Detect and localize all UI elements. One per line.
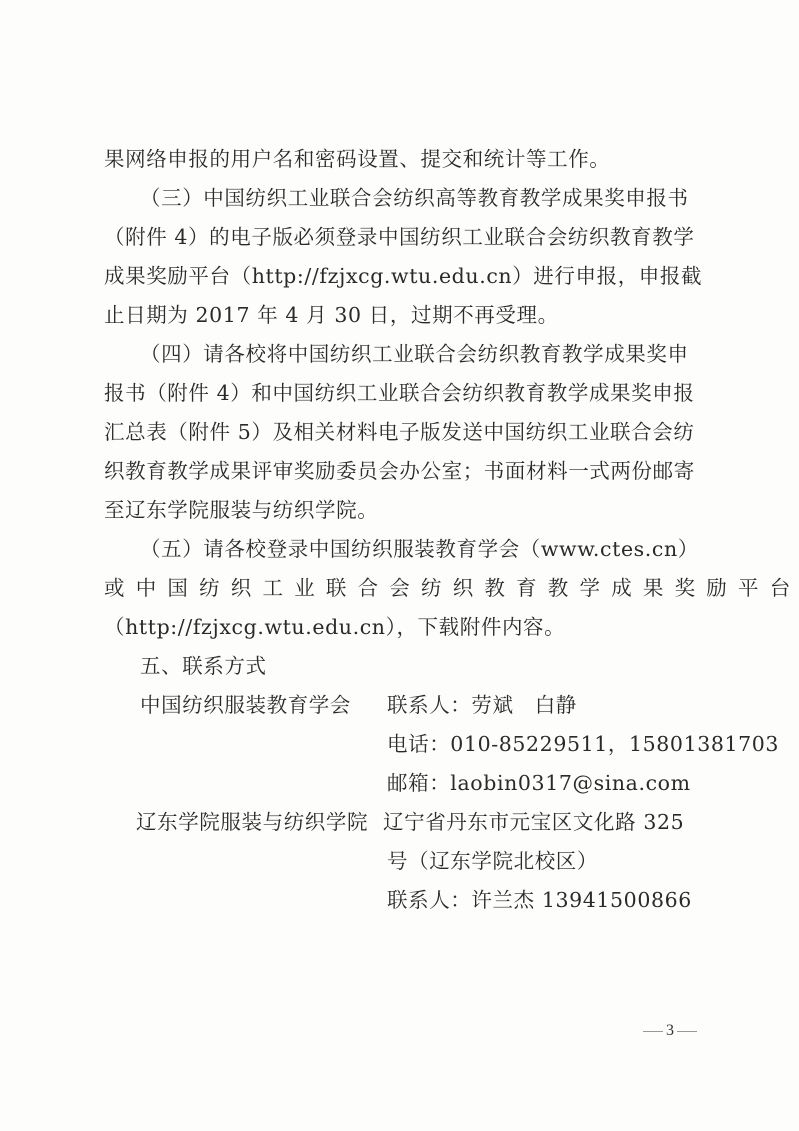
dash-divider	[643, 1031, 663, 1032]
page-number: 3	[640, 1022, 700, 1040]
paragraph-line: 至辽东学院服装与纺织学院。	[104, 500, 378, 521]
contact-person: 联系人：劳斌 白静	[387, 695, 577, 716]
paragraph-line: 果网络申报的用户名和密码设置、提交和统计等工作。	[104, 149, 610, 170]
paragraph-line: （附件 4）的电子版必须登录中国纺织工业联合会纺织教育教学	[104, 227, 694, 248]
paragraph-line: 汇总表（附件 5）及相关材料电子版发送中国纺织工业联合会纺	[104, 422, 694, 443]
page-number-text: 3	[666, 1022, 674, 1039]
paragraph-line: 报书（附件 4）和中国纺织工业联合会纺织教育教学成果奖申报	[104, 383, 694, 404]
dash-divider	[677, 1031, 697, 1032]
paragraph-line: 或中国纺织工业联合会纺织教育教学成果奖励平台	[104, 578, 799, 599]
contact-email: 邮箱：laobin0317@sina.com	[387, 773, 691, 794]
paragraph-line: 成果奖励平台（http://fzjxcg.wtu.edu.cn）进行申报，申报截	[104, 266, 702, 287]
contact-org: 辽东学院服装与纺织学院	[136, 812, 368, 833]
paragraph-line: （http://fzjxcg.wtu.edu.cn），下载附件内容。	[104, 617, 565, 638]
contact-address: 辽宁省丹东市元宝区文化路 325	[383, 812, 684, 833]
contact-phone: 电话：010-85229511，15801381703	[387, 734, 779, 755]
section-heading: 五、联系方式	[140, 656, 267, 677]
contact-person: 联系人：许兰杰 13941500866	[387, 890, 692, 911]
contact-address: 号（辽东学院北校区）	[387, 851, 598, 872]
paragraph-line: （三）中国纺织工业联合会纺织高等教育教学成果奖申报书	[140, 188, 689, 209]
paragraph-line: 止日期为 2017 年 4 月 30 日，过期不再受理。	[104, 305, 559, 326]
paragraph-line: 织教育教学成果评审奖励委员会办公室；书面材料一式两份邮寄	[104, 461, 695, 482]
paragraph-line: （四）请各校将中国纺织工业联合会纺织教育教学成果奖申	[140, 344, 689, 365]
paragraph-line: （五）请各校登录中国纺织服装教育学会（www.ctes.cn）	[140, 539, 699, 560]
contact-org: 中国纺织服装教育学会	[140, 695, 351, 716]
